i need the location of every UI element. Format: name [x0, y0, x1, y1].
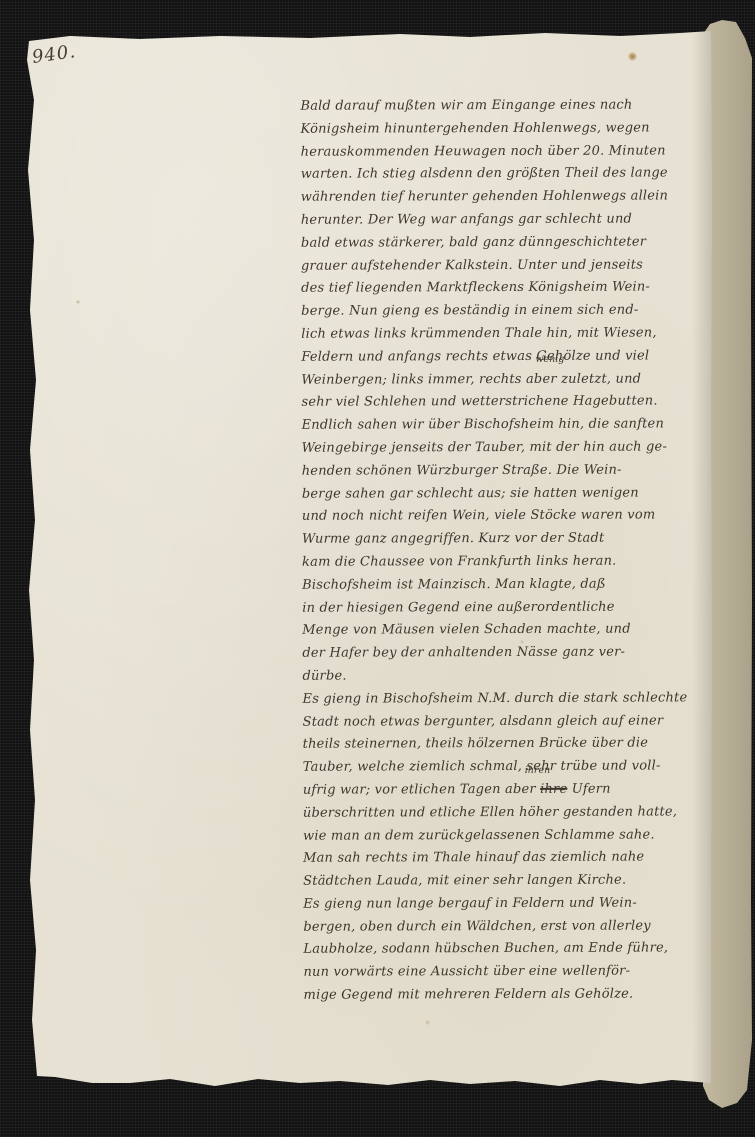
- manuscript-page: 940. wenig ihren Bald darauf mußten wir …: [0, 0, 755, 1137]
- page-number: 940.: [31, 41, 78, 68]
- manuscript-text-line: bergen, oben durch ein Wäldchen, erst vo…: [303, 915, 717, 939]
- manuscript-text-block: wenig ihren Bald darauf mußten wir am Ei…: [300, 94, 717, 1007]
- interlinear-insertion: wenig: [535, 355, 564, 365]
- manuscript-text-line: der Hafer bey der anhaltenden Nässe ganz…: [302, 641, 716, 665]
- manuscript-text-line: Wurme ganz angegriffen. Kurz vor der Sta…: [302, 527, 716, 551]
- manuscript-text-line: dürbe.: [302, 664, 716, 688]
- manuscript-text-line: grauer aufstehender Kalkstein. Unter und…: [301, 254, 715, 278]
- manuscript-text-line: in der hiesigen Gegend eine außerordentl…: [302, 596, 716, 620]
- scan-background: 940. wenig ihren Bald darauf mußten wir …: [0, 0, 755, 1137]
- manuscript-text-line: bald etwas stärkerer, bald ganz dünngesc…: [301, 231, 715, 255]
- manuscript-text-line: herauskommenden Heuwagen noch über 20. M…: [301, 140, 715, 164]
- manuscript-text-line: Feldern und anfangs rechts etwas Gehölze…: [301, 345, 715, 369]
- foxing-spot: [628, 52, 637, 61]
- manuscript-text-line: theils steinernen, theils hölzernen Brüc…: [303, 733, 717, 757]
- foxing-spot: [425, 1020, 430, 1025]
- manuscript-text-line: überschritten und etliche Ellen höher ge…: [303, 801, 717, 825]
- manuscript-text-line: Weinbergen; links immer, rechts aber zul…: [301, 368, 715, 392]
- manuscript-text-line: herunter. Der Weg war anfangs gar schlec…: [301, 208, 715, 232]
- manuscript-text-line: Laubholze, sodann hübschen Buchen, am En…: [303, 938, 717, 962]
- interlinear-insertion: ihren: [525, 766, 550, 776]
- manuscript-text-line: warten. Ich stieg alsdenn den größten Th…: [301, 163, 715, 187]
- manuscript-text-line: nun vorwärts eine Aussicht über eine wel…: [303, 961, 717, 985]
- manuscript-text-line: Königsheim hinuntergehenden Hohlenwegs, …: [300, 117, 714, 141]
- manuscript-text-line: wie man an dem zurückgelassenen Schlamme…: [303, 824, 717, 848]
- manuscript-text-line: währenden tief herunter gehenden Hohlenw…: [301, 185, 715, 209]
- manuscript-text-line: lich etwas links krümmenden Thale hin, m…: [301, 322, 715, 346]
- manuscript-text-line: Man sah rechts im Thale hinauf das zieml…: [303, 847, 717, 871]
- manuscript-text-line: Es gieng in Bischofsheim N.M. durch die …: [302, 687, 716, 711]
- manuscript-text-line: Endlich sahen wir über Bischofsheim hin,…: [302, 413, 716, 437]
- manuscript-text-line: Weingebirge jenseits der Tauber, mit der…: [302, 436, 716, 460]
- manuscript-text-line: Bald darauf mußten wir am Eingange eines…: [300, 94, 714, 118]
- manuscript-text-line: Tauber, welche ziemlich schmal, sehr trü…: [303, 755, 717, 779]
- manuscript-text-line: ufrig war; vor etlichen Tagen aber ihre …: [303, 778, 717, 802]
- manuscript-text-line: Menge von Mäusen vielen Schaden machte, …: [302, 619, 716, 643]
- manuscript-text-line: kam die Chaussee von Frankfurth links he…: [302, 550, 716, 574]
- foxing-spot: [76, 300, 80, 304]
- manuscript-text-line: henden schönen Würzburger Straße. Die We…: [302, 459, 716, 483]
- manuscript-text-line: Es gieng nun lange bergauf in Feldern un…: [303, 892, 717, 916]
- manuscript-text-line: Städtchen Lauda, mit einer sehr langen K…: [303, 869, 717, 893]
- struck-word: ihre: [540, 782, 567, 797]
- manuscript-text-line: berge. Nun gieng es beständig in einem s…: [301, 299, 715, 323]
- manuscript-text-line: des tief liegenden Marktfleckens Königsh…: [301, 277, 715, 301]
- manuscript-text-line: sehr viel Schlehen und wetterstrichene H…: [301, 391, 715, 415]
- manuscript-text-line: Bischofsheim ist Mainzisch. Man klagte, …: [302, 573, 716, 597]
- manuscript-text-line: und noch nicht reifen Wein, viele Stöcke…: [302, 505, 716, 529]
- manuscript-text-line: Stadt noch etwas bergunter, alsdann glei…: [303, 710, 717, 734]
- manuscript-text-line: mige Gegend mit mehreren Feldern als Geh…: [304, 983, 718, 1007]
- manuscript-text-line: berge sahen gar schlecht aus; sie hatten…: [302, 482, 716, 506]
